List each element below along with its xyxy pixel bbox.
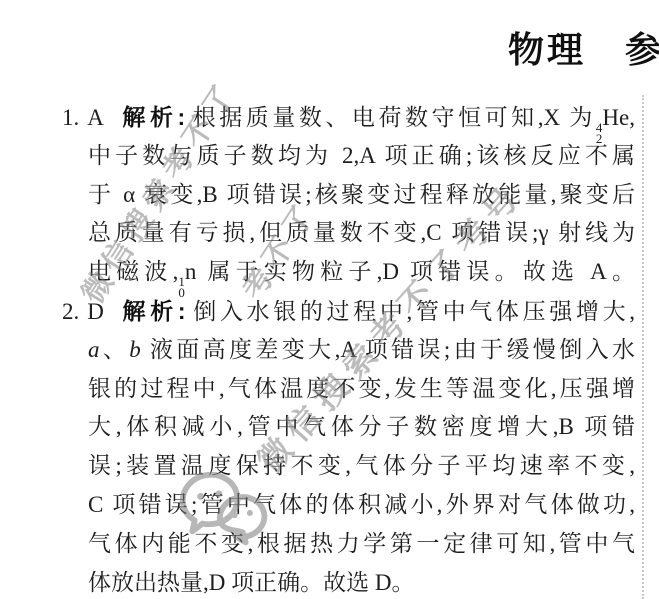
answer-text: 倒入水银的过程中,管中气体压强增大, — [190, 299, 635, 324]
answer-text: He, — [602, 105, 635, 130]
answer-number: 2. — [62, 299, 79, 324]
analysis-label: 解析: — [119, 104, 186, 130]
answer-line: 2.D解析:倒入水银的过程中,管中气体压强增大, — [62, 292, 635, 331]
page-title: 物理 参 — [508, 22, 659, 73]
answer-item-1: 1.A解析:根据质量数、电荷数守恒可知,X 为42He, 中子数与质子数均为 2… — [62, 98, 635, 292]
answer-line: 体放出热量,D 项正确。故选 D。 — [62, 564, 635, 599]
answer-text: 根据质量数、电荷数守恒可知,X 为 — [189, 105, 596, 130]
answer-text: n 属于实物粒子,D 项错误。故选 A。 — [185, 259, 635, 284]
answer-line: a、b 液面高度差变大,A 项错误;由于缓慢倒入水 — [62, 331, 635, 370]
answer-number: 1. — [62, 105, 79, 130]
answer-line: 银的过程中,气体温度不变,发生等温变化,压强增 — [62, 370, 635, 409]
analysis-label: 解析: — [119, 298, 187, 324]
answer-choice: A — [87, 105, 104, 130]
answer-choice: D — [87, 299, 104, 324]
answer-text: 、 — [100, 337, 130, 362]
answer-text: 电磁波, — [88, 259, 178, 284]
answer-line: 大,体积减小,管中气体分子数密度增大,B 项错 — [62, 408, 635, 447]
answer-key-page: 物理 参 1.A解析:根据质量数、电荷数守恒可知,X 为42He, 中子数与质子… — [0, 0, 659, 599]
answer-line: 误;装置温度保持不变,气体分子平均速率不变, — [62, 447, 635, 486]
answer-line: 1.A解析:根据质量数、电荷数守恒可知,X 为42He, — [62, 98, 635, 137]
answer-item-2: 2.D解析:倒入水银的过程中,管中气体压强增大, a、b 液面高度差变大,A 项… — [62, 292, 635, 599]
answer-line: 于 α 衰变,B 项错误;核聚变过程释放能量,聚变后 — [62, 176, 635, 215]
answer-line: C 项错误;管中气体的体积减小,外界对气体做功, — [62, 486, 635, 525]
answer-text: 液面高度差变大,A 项错误;由于缓慢倒入水 — [141, 337, 635, 362]
answer-line: 总质量有亏损,但质量数不变,C 项错误;γ 射线为 — [62, 214, 635, 253]
variable-b: b — [129, 337, 141, 362]
column-divider — [642, 95, 644, 599]
variable-a: a — [88, 337, 100, 362]
answer-line: 电磁波,10n 属于实物粒子,D 项错误。故选 A。 — [62, 253, 635, 292]
answers-column: 1.A解析:根据质量数、电荷数守恒可知,X 为42He, 中子数与质子数均为 2… — [62, 98, 635, 599]
answer-line: 气体内能不变,根据热力学第一定律可知,管中气 — [62, 525, 635, 564]
answer-line: 中子数与质子数均为 2,A 项正确;该核反应不属 — [62, 137, 635, 176]
